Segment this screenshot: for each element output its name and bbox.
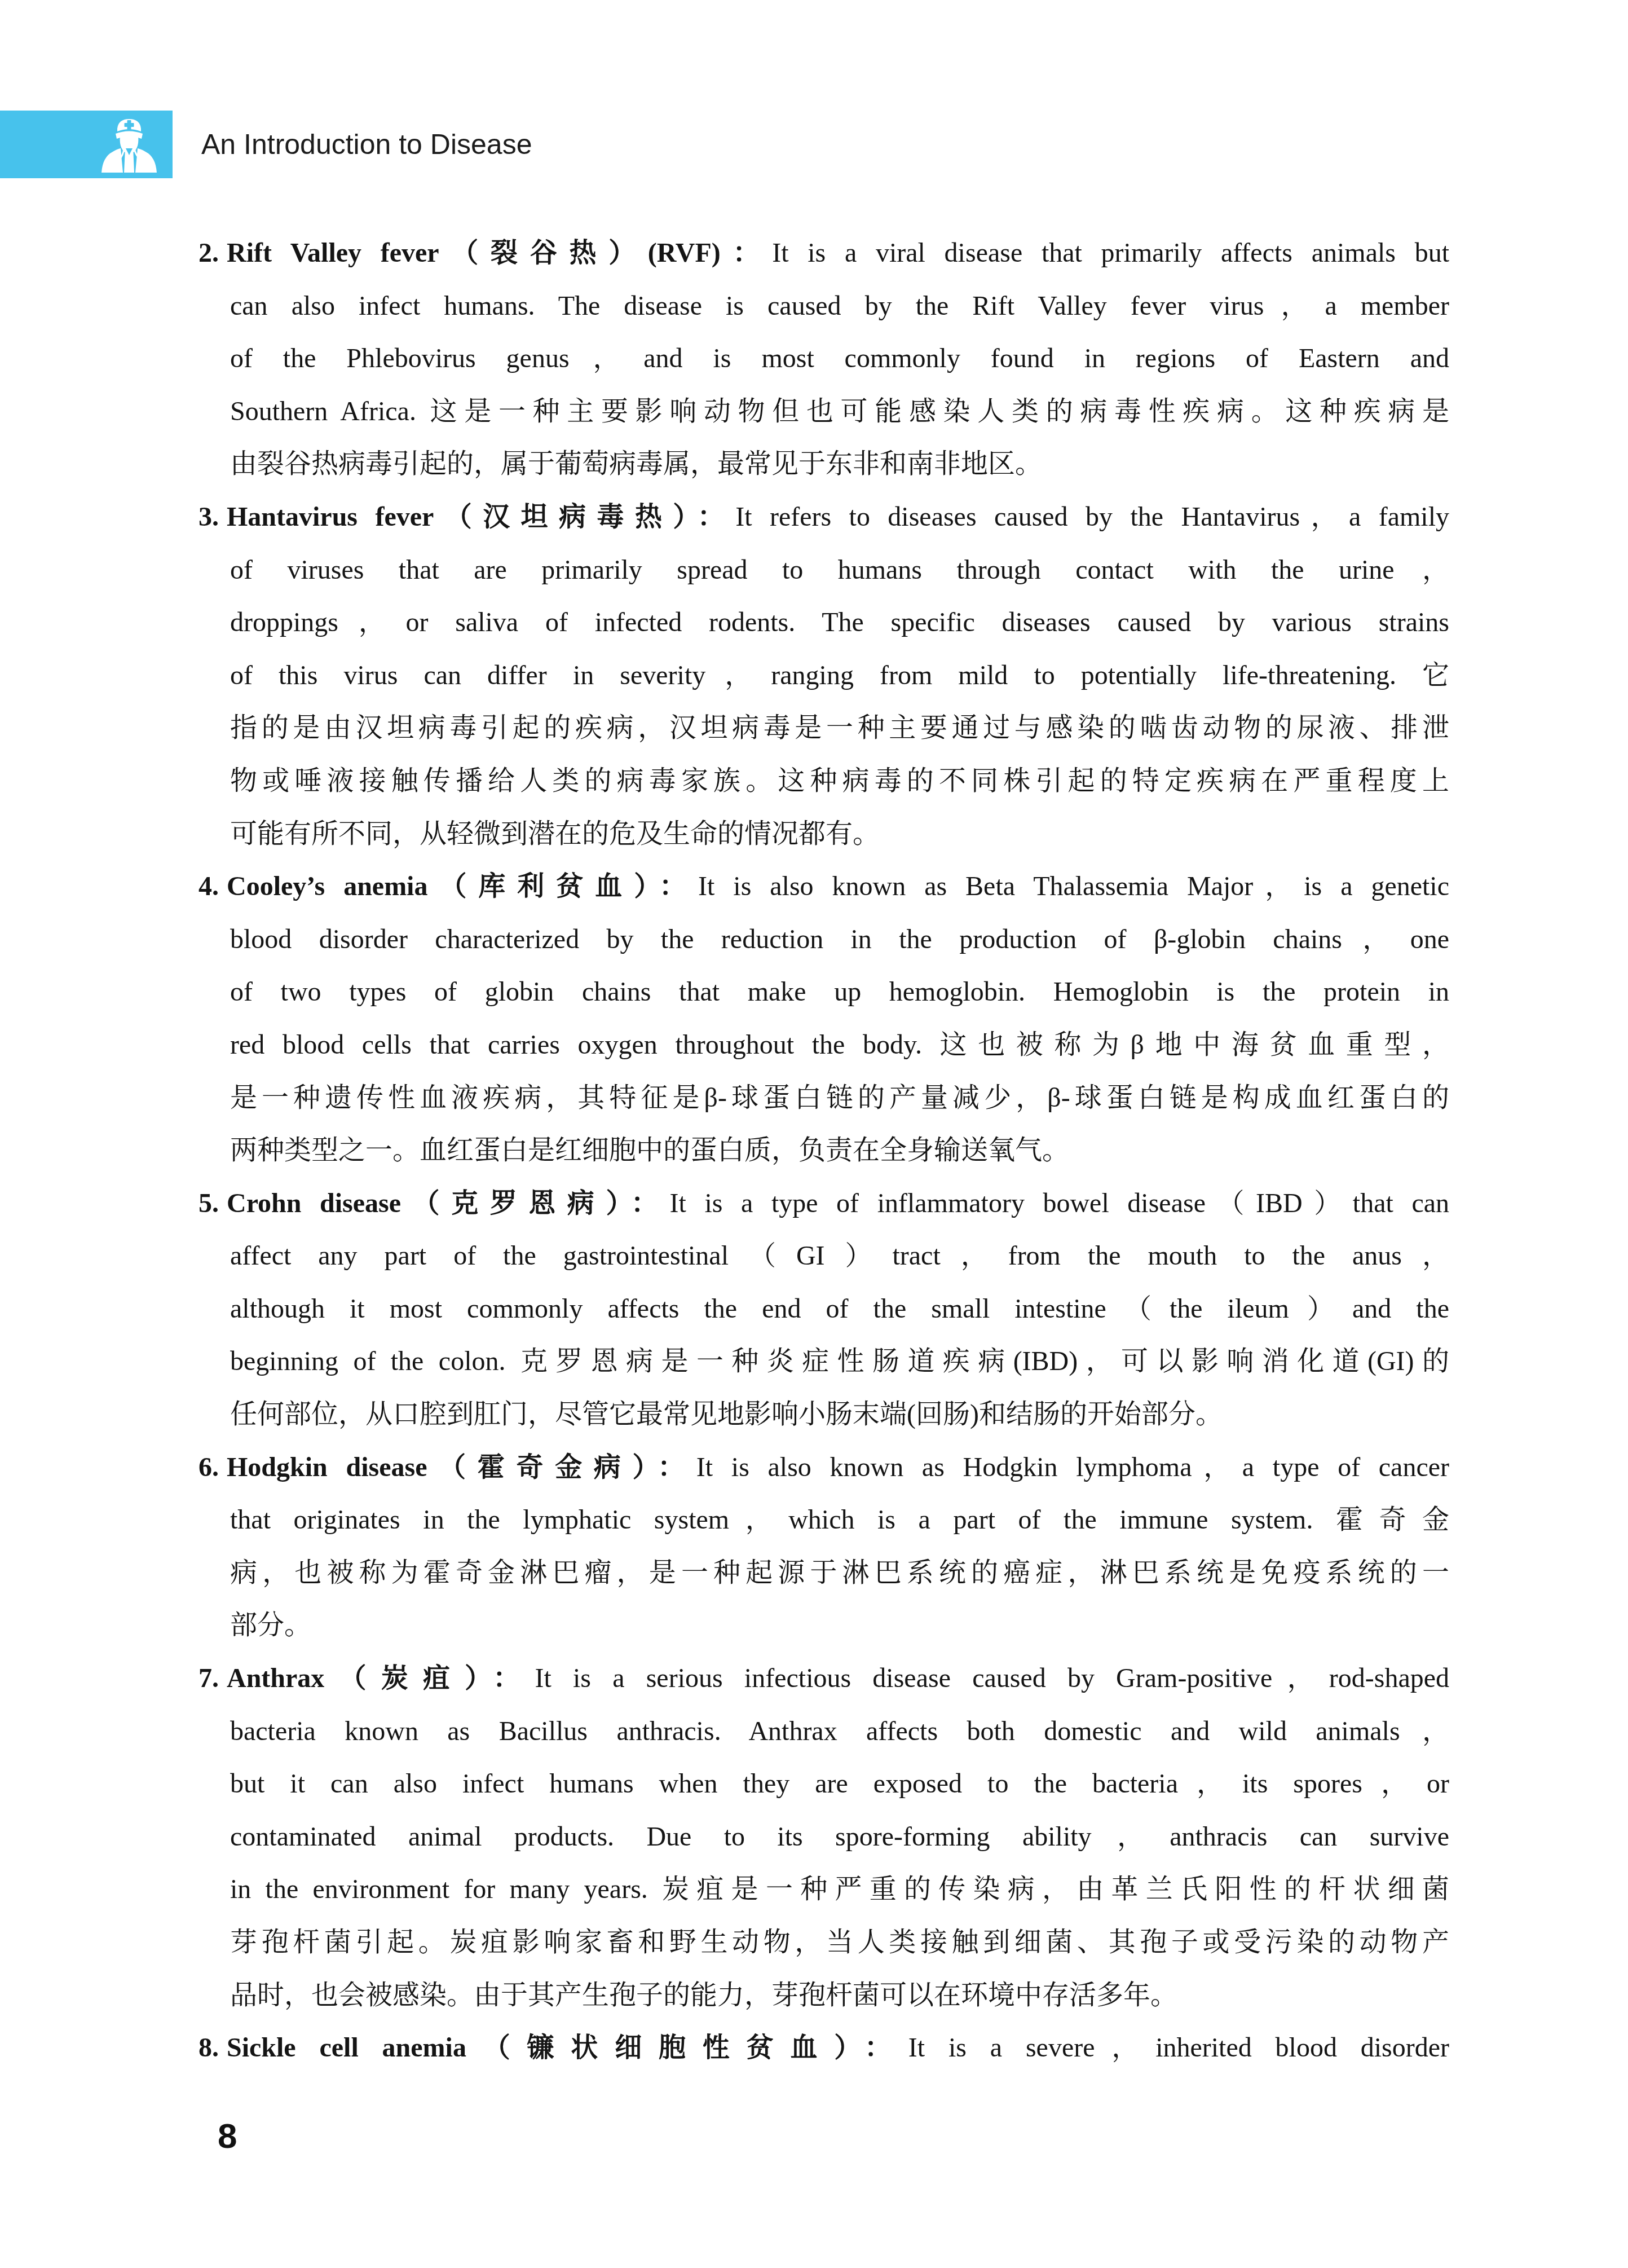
- item-term: Rift Valley fever（裂谷热）(RVF)：: [227, 238, 772, 268]
- page-number: 8: [218, 2116, 237, 2156]
- text-line: 是一种遗传性血液疾病，其特征是β-球蛋白链的产量减少，β-球蛋白链是构成血红蛋白…: [230, 1072, 1449, 1125]
- item-text: It is also known as Hodgkin lymphoma，a t…: [696, 1452, 1449, 1482]
- text-line: affect any part of the gastrointestinal（…: [230, 1230, 1449, 1283]
- text-line: 8.Sickle cell anemia（镰状细胞性贫血）：It is a se…: [198, 2022, 1449, 2075]
- text-line: 6.Hodgkin disease（霍奇金病）：It is also known…: [198, 1441, 1449, 1494]
- doctor-icon: [99, 116, 159, 173]
- disease-item: 5.Crohn disease（克罗恩病）：It is a type of in…: [198, 1177, 1449, 1441]
- text-line: 任何部位，从口腔到肛门，尽管它最常见地影响小肠末端(回肠)和结肠的开始部分。: [230, 1388, 1449, 1441]
- text-line: 5.Crohn disease（克罗恩病）：It is a type of in…: [198, 1177, 1449, 1230]
- disease-item: 4.Cooley’s anemia（库利贫血）：It is also known…: [198, 860, 1449, 1177]
- item-number: 4.: [198, 871, 219, 901]
- text-line: 指的是由汉坦病毒引起的疾病，汉坦病毒是一种主要通过与感染的啮齿动物的尿液、排泄: [230, 702, 1449, 755]
- text-line: of viruses that are primarily spread to …: [230, 544, 1449, 597]
- text-line: can also infect humans. The disease is c…: [230, 280, 1449, 333]
- text-line: contaminated animal products. Due to its…: [230, 1811, 1449, 1864]
- text-line: 7.Anthrax（炭疽）：It is a serious infectious…: [198, 1652, 1449, 1705]
- text-line: of this virus can differ in severity，ran…: [230, 649, 1449, 702]
- text-line: 部分。: [230, 1599, 1449, 1652]
- text-line: beginning of the colon. 克罗恩病是一种炎症性肠道疾病(I…: [230, 1335, 1449, 1388]
- text-line: that originates in the lymphatic system，…: [230, 1494, 1449, 1547]
- item-number: 5.: [198, 1188, 219, 1218]
- item-text: It refers to diseases caused by the Hant…: [735, 502, 1449, 532]
- text-line: 2.Rift Valley fever（裂谷热）(RVF)：It is a vi…: [198, 227, 1449, 280]
- item-number: 3.: [198, 502, 219, 532]
- text-line: 两种类型之一。血红蛋白是红细胞中的蛋白质，负责在全身输送氧气。: [230, 1124, 1449, 1177]
- text-line: bacteria known as Bacillus anthracis. An…: [230, 1705, 1449, 1758]
- text-line: 病，也被称为霍奇金淋巴瘤，是一种起源于淋巴系统的癌症，淋巴系统是免疫系统的一: [230, 1547, 1449, 1600]
- disease-item: 8.Sickle cell anemia（镰状细胞性贫血）：It is a se…: [198, 2022, 1449, 2075]
- textbook-page: An Introduction to Disease 2.Rift Valley…: [0, 0, 1628, 2268]
- text-line: of two types of globin chains that make …: [230, 966, 1449, 1019]
- item-number: 2.: [198, 238, 219, 268]
- text-line: 3.Hantavirus fever（汉坦病毒热）：It refers to d…: [198, 491, 1449, 544]
- item-text: It is a viral disease that primarily aff…: [772, 238, 1449, 268]
- item-term: Cooley’s anemia（库利贫血）：: [227, 871, 698, 901]
- item-text: It is a severe，inherited blood disorder: [908, 2033, 1449, 2063]
- item-term: Anthrax（炭疽）：: [227, 1663, 535, 1693]
- item-text: It is a serious infectious disease cause…: [535, 1663, 1449, 1693]
- text-line: 4.Cooley’s anemia（库利贫血）：It is also known…: [198, 860, 1449, 913]
- disease-list: 2.Rift Valley fever（裂谷热）(RVF)：It is a vi…: [198, 227, 1449, 2075]
- item-number: 8.: [198, 2033, 219, 2063]
- text-line: droppings，or saliva of infected rodents.…: [230, 596, 1449, 649]
- text-line: 芽孢杆菌引起。炭疽影响家畜和野生动物，当人类接触到细菌、其孢子或受污染的动物产: [230, 1916, 1449, 1969]
- text-line: red blood cells that carries oxygen thro…: [230, 1019, 1449, 1072]
- item-text: It is also known as Beta Thalassemia Maj…: [698, 871, 1449, 901]
- item-term: Hodgkin disease（霍奇金病）：: [227, 1452, 696, 1482]
- item-term: Crohn disease（克罗恩病）：: [227, 1188, 670, 1218]
- text-line: 品时，也会被感染。由于其产生孢子的能力，芽孢杆菌可以在环境中存活多年。: [230, 1969, 1449, 2022]
- item-term: Sickle cell anemia（镰状细胞性贫血）：: [227, 2033, 908, 2063]
- text-line: Southern Africa. 这是一种主要影响动物但也可能感染人类的病毒性疾…: [230, 385, 1449, 438]
- text-line: but it can also infect humans when they …: [230, 1758, 1449, 1811]
- disease-item: 7.Anthrax（炭疽）：It is a serious infectious…: [198, 1652, 1449, 2022]
- disease-item: 6.Hodgkin disease（霍奇金病）：It is also known…: [198, 1441, 1449, 1652]
- text-line: 由裂谷热病毒引起的，属于葡萄病毒属，最常见于东非和南非地区。: [230, 438, 1449, 491]
- text-line: of the Phlebovirus genus，and is most com…: [230, 332, 1449, 385]
- text-line: blood disorder characterized by the redu…: [230, 913, 1449, 966]
- page-title: An Introduction to Disease: [201, 111, 532, 178]
- item-number: 7.: [198, 1663, 219, 1693]
- item-number: 6.: [198, 1452, 219, 1482]
- item-text: It is a type of inflammatory bowel disea…: [670, 1188, 1449, 1218]
- item-term: Hantavirus fever（汉坦病毒热）：: [227, 502, 735, 532]
- text-line: in the environment for many years. 炭疽是一种…: [230, 1863, 1449, 1916]
- text-line: although it most commonly affects the en…: [230, 1283, 1449, 1336]
- disease-item: 2.Rift Valley fever（裂谷热）(RVF)：It is a vi…: [198, 227, 1449, 491]
- text-line: 可能有所不同，从轻微到潜在的危及生命的情况都有。: [230, 808, 1449, 861]
- text-line: 物或唾液接触传播给人类的病毒家族。这种病毒的不同株引起的特定疾病在严重程度上: [230, 755, 1449, 808]
- disease-item: 3.Hantavirus fever（汉坦病毒热）：It refers to d…: [198, 491, 1449, 860]
